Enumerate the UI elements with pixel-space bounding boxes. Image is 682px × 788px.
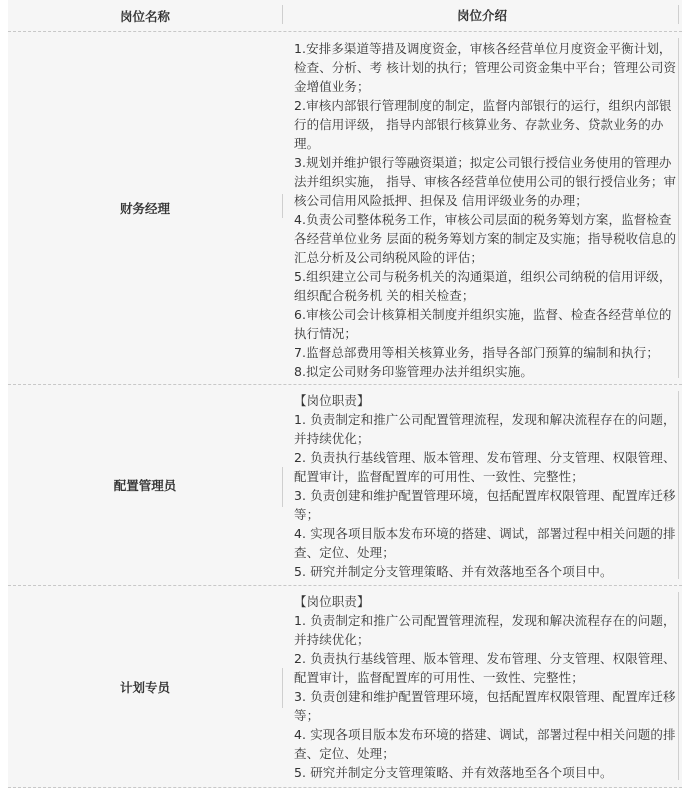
description-line: 3. 负责创建和维护配置管理环境，包括配置库权限管理、配置库迁移 xyxy=(294,687,676,706)
job-positions-table: 岗位名称 岗位介绍 财务经理 1.安排多渠道等措及调度资金，审核各经营单位月度资… xyxy=(8,0,682,787)
table-row: 配置管理员 【岗位职责】 1. 负责制定和推广公司配置管理流程，发现和解决流程存… xyxy=(8,385,682,586)
position-description: 【岗位职责】 1. 负责制定和推广公司配置管理流程，发现和解决流程存在的问题， … xyxy=(282,385,682,585)
description-line: 检查、分析、考 核计划的执行；管理公司资金集中平台；管理公司资 xyxy=(294,58,676,77)
position-description: 1.安排多渠道等措及调度资金，审核各经营单位月度资金平衡计划， 检查、分析、考 … xyxy=(282,32,682,384)
description-line: 【岗位职责】 xyxy=(294,391,676,410)
description-line: 4. 实现各项目版本发布环境的搭建、调试，部署过程中相关问题的排 xyxy=(294,725,676,744)
description-line: 等； xyxy=(294,706,676,725)
position-name: 计划专员 xyxy=(8,586,282,787)
table-row: 计划专员 【岗位职责】 1. 负责制定和推广公司配置管理流程，发现和解决流程存在… xyxy=(8,586,682,787)
description-line: 8.拟定公司财务印鉴管理办法并组织实施。 xyxy=(294,362,676,381)
description-line: 4.负责公司整体税务工作，审核公司层面的税务筹划方案，监督检查 xyxy=(294,210,676,229)
description-line: 配置审计，监督配置库的可用性、一致性、完整性； xyxy=(294,668,676,687)
description-line: 3. 负责创建和维护配置管理环境，包括配置库权限管理、配置库迁移 xyxy=(294,486,676,505)
right-edge-divider xyxy=(678,5,679,24)
description-line: 并持续优化； xyxy=(294,630,676,649)
description-line: 汇总分析及公司纳税风险的评估； xyxy=(294,248,676,267)
position-description: 【岗位职责】 1. 负责制定和推广公司配置管理流程，发现和解决流程存在的问题， … xyxy=(282,586,682,787)
description-line: 2. 负责执行基线管理、版本管理、发布管理、分支管理、权限管理、 xyxy=(294,649,676,668)
description-line: 5. 研究并制定分支管理策略、并有效落地至各个项目中。 xyxy=(294,562,676,581)
header-position-description: 岗位介绍 xyxy=(282,0,682,31)
description-line: 1. 负责制定和推广公司配置管理流程，发现和解决流程存在的问题， xyxy=(294,611,676,630)
description-line: 核公司信用风险抵押、担保及 信用评级业务的办理； xyxy=(294,191,676,210)
position-name: 财务经理 xyxy=(8,32,282,384)
description-line: 并持续优化； xyxy=(294,429,676,448)
description-line: 7.监督总部费用等相关核算业务，指导各部门预算的编制和执行； xyxy=(294,343,676,362)
description-line: 金增值业务； xyxy=(294,77,676,96)
description-line: 组织配合税务机 关的相关检查； xyxy=(294,286,676,305)
description-line: 1.安排多渠道等措及调度资金，审核各经营单位月度资金平衡计划， xyxy=(294,39,676,58)
description-line: 执行情况； xyxy=(294,324,676,343)
description-line: 各经营单位业务 层面的税务筹划方案的制定及实施；指导税收信息的 xyxy=(294,229,676,248)
description-line: 6.审核公司会计核算相关制度并组织实施，监督、检查各经营单位的 xyxy=(294,305,676,324)
description-line: 1. 负责制定和推广公司配置管理流程，发现和解决流程存在的问题， xyxy=(294,410,676,429)
table-header-row: 岗位名称 岗位介绍 xyxy=(8,0,682,32)
description-line: 查、定位、处理； xyxy=(294,543,676,562)
description-line: 3.规划并维护银行等融资渠道；拟定公司银行授信业务使用的管理办 xyxy=(294,153,676,172)
description-line: 等； xyxy=(294,505,676,524)
right-edge-divider xyxy=(678,592,679,780)
description-line: 理。 xyxy=(294,134,676,153)
description-line: 4. 实现各项目版本发布环境的搭建、调试，部署过程中相关问题的排 xyxy=(294,524,676,543)
description-line: 2. 负责执行基线管理、版本管理、发布管理、分支管理、权限管理、 xyxy=(294,448,676,467)
description-line: 5.组织建立公司与税务机关的沟通渠道，组织公司纳税的信用评级， xyxy=(294,267,676,286)
description-line: 2.审核内部银行管理制度的制定，监督内部银行的运行，组织内部银 xyxy=(294,96,676,115)
table-row: 财务经理 1.安排多渠道等措及调度资金，审核各经营单位月度资金平衡计划， 检查、… xyxy=(8,32,682,385)
position-name: 配置管理员 xyxy=(8,385,282,585)
description-line: 查、定位、处理； xyxy=(294,744,676,763)
description-line: 行的信用评级， 指导内部银行核算业务、存款业务、贷款业务的办 xyxy=(294,115,676,134)
description-line: 配置审计，监督配置库的可用性、一致性、完整性； xyxy=(294,467,676,486)
header-position-name: 岗位名称 xyxy=(8,0,282,31)
description-line: 【岗位职责】 xyxy=(294,592,676,611)
description-line: 5. 研究并制定分支管理策略、并有效落地至各个项目中。 xyxy=(294,763,676,782)
description-line: 法并组织实施， 指导、审核各经营单位使用公司的银行授信业务；审 xyxy=(294,172,676,191)
right-edge-divider xyxy=(678,391,679,579)
right-edge-divider xyxy=(678,38,679,378)
